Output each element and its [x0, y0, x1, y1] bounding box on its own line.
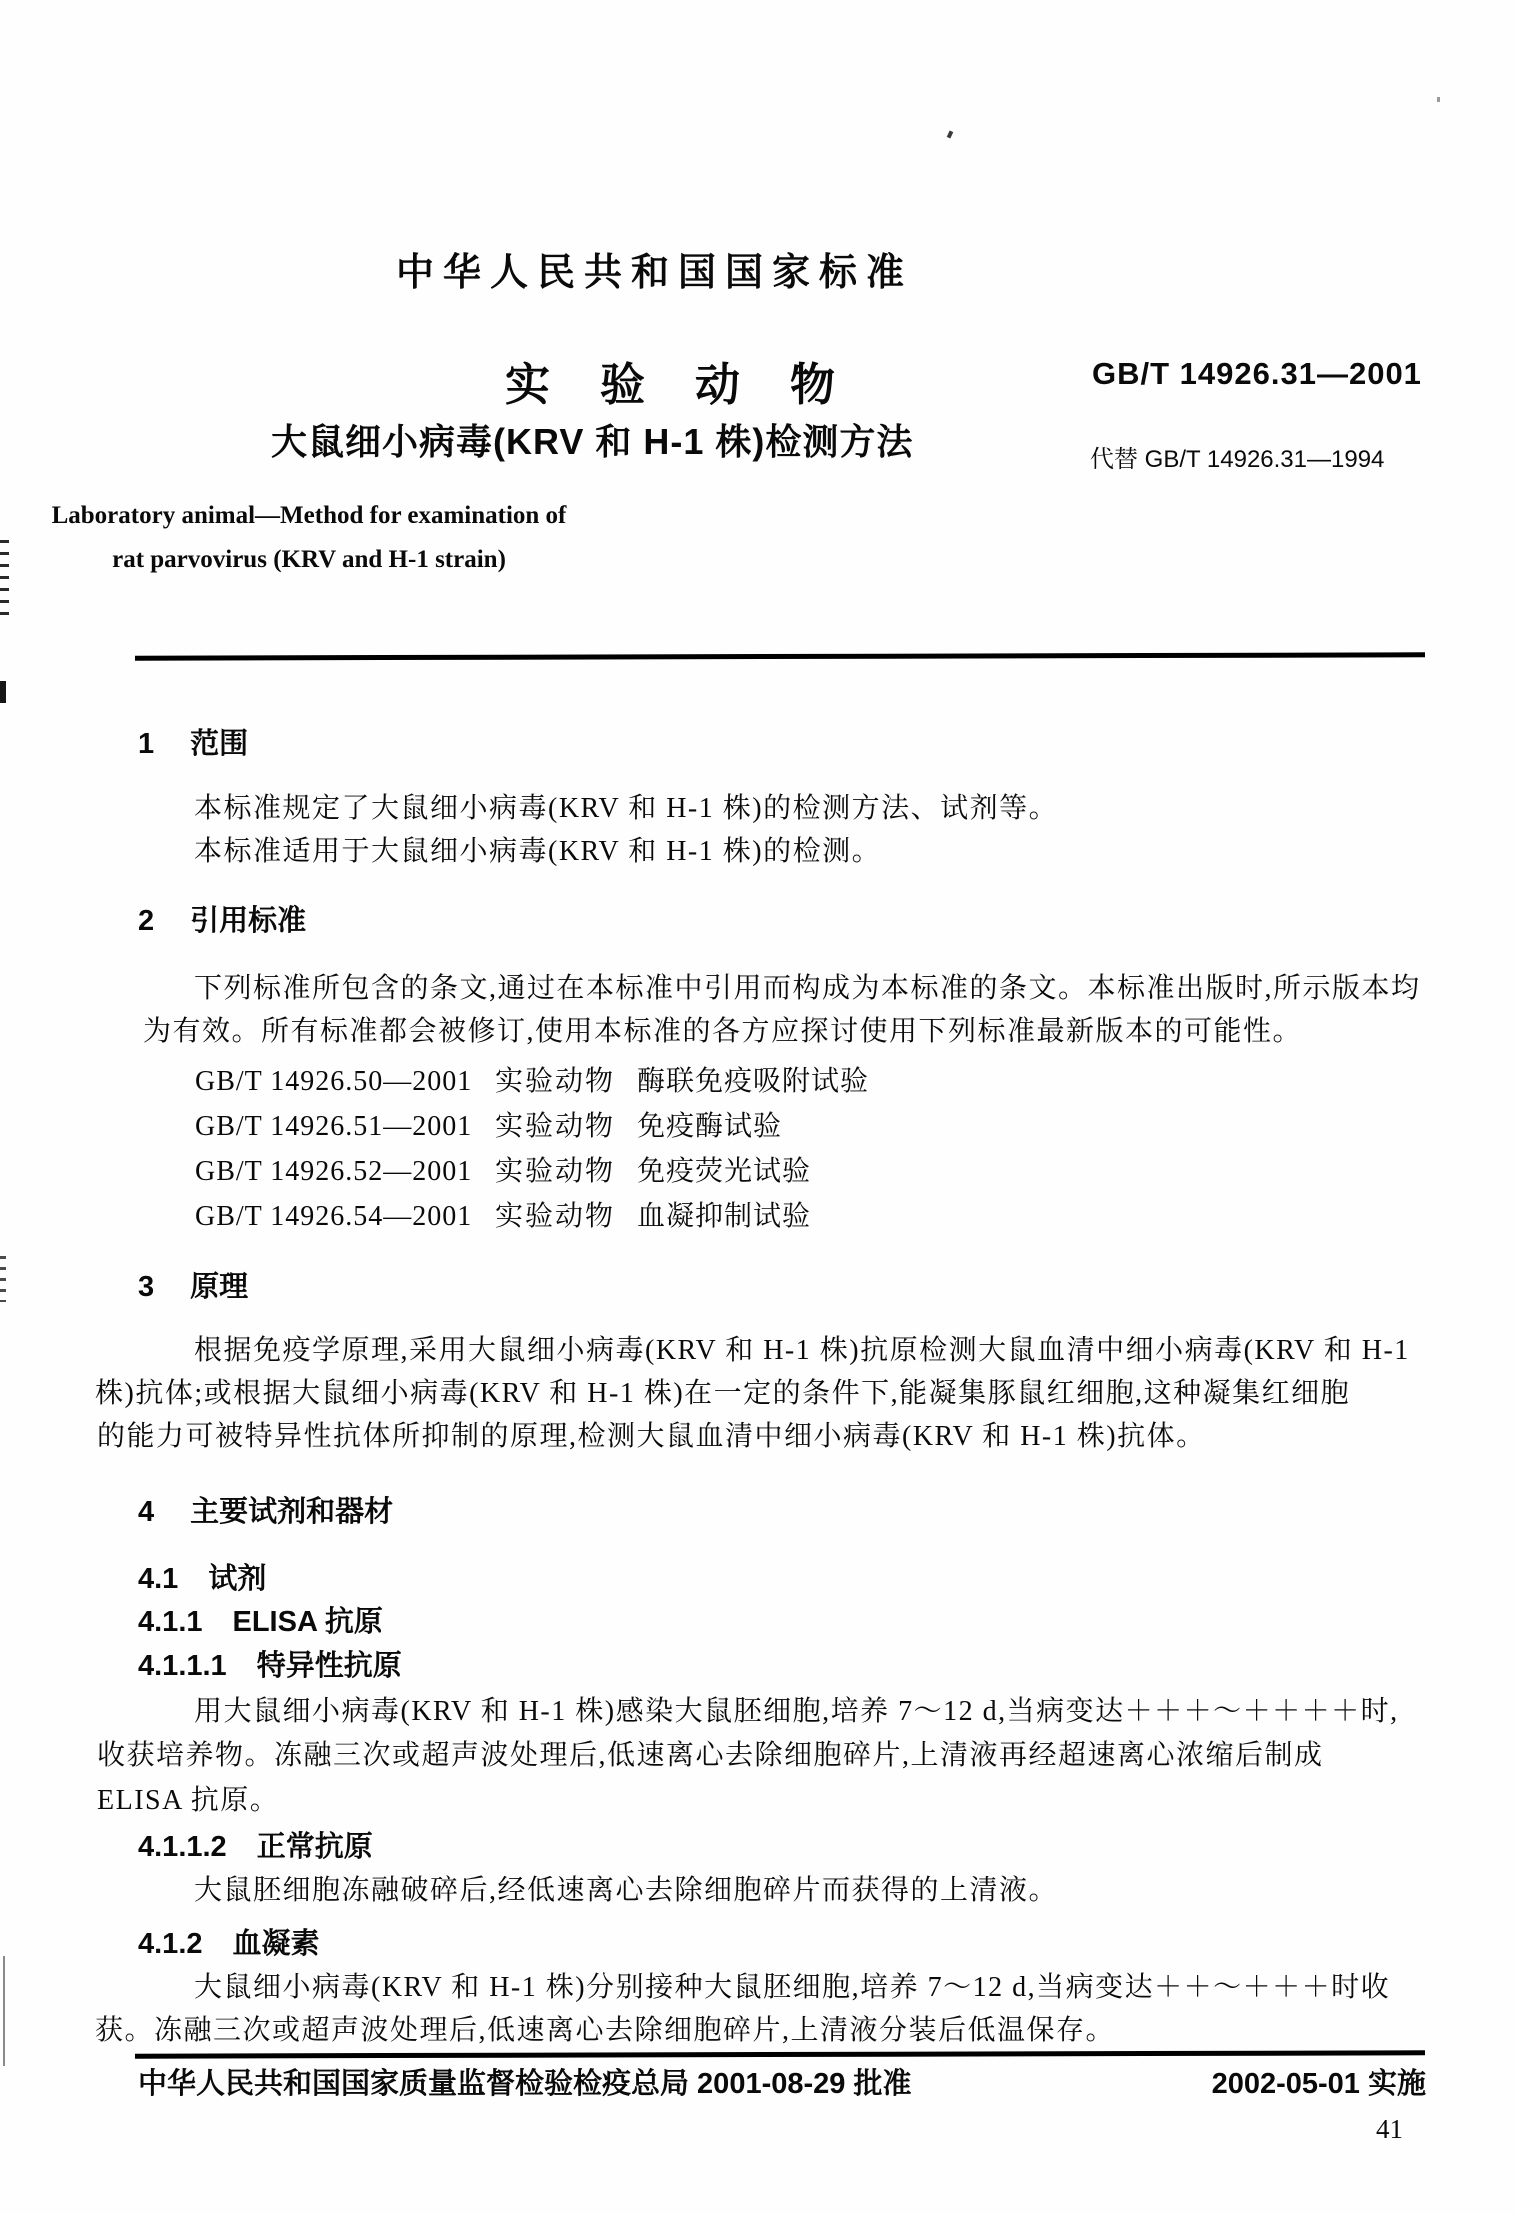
- section-title: 血凝素: [233, 1928, 320, 1960]
- scan-artifact: [1437, 97, 1440, 102]
- reference-code: GB/T 14926.52—2001: [195, 1158, 495, 1186]
- section-number: 2: [138, 907, 154, 936]
- reference-entry: GB/T 14926.50—2001实验动物酶联免疫吸附试验: [195, 1068, 869, 1096]
- section-number: 4.1.2: [138, 1930, 203, 1959]
- scan-artifact: [947, 130, 954, 138]
- reference-entry: GB/T 14926.51—2001实验动物免疫酶试验: [195, 1113, 782, 1141]
- section-title: 引用标准: [190, 905, 306, 937]
- section-4-1-1-1-heading: 4.1.1.1特异性抗原: [138, 1652, 402, 1681]
- paragraph-line: 用大鼠细小病毒(KRV 和 H-1 株)感染大鼠胚细胞,培养 7～12 d,当病…: [194, 1698, 1399, 1726]
- standard-title-en-line1: Laboratory animal—Method for examination…: [0, 503, 618, 528]
- reference-code: GB/T 14926.50—2001: [195, 1068, 495, 1096]
- approval-note: 中华人民共和国国家质量监督检验检疫总局 2001-08-29 批准: [138, 2070, 911, 2099]
- paragraph-line: 根据免疫学原理,采用大鼠细小病毒(KRV 和 H-1 株)抗原检测大鼠血清中细小…: [194, 1337, 1410, 1365]
- reference-entry: GB/T 14926.52—2001实验动物免疫荧光试验: [195, 1158, 811, 1186]
- header-rule: [135, 652, 1425, 660]
- scan-artifact: [3, 1956, 5, 2066]
- paragraph-line: 大鼠胚细胞冻融破碎后,经低速离心去除细胞碎片而获得的上清液。: [194, 1877, 1058, 1905]
- section-4-1-1-2-heading: 4.1.1.2正常抗原: [138, 1833, 373, 1862]
- reference-name: 酶联免疫吸附试验: [637, 1066, 869, 1097]
- paragraph-line: 本标准适用于大鼠细小病毒(KRV 和 H-1 株)的检测。: [194, 838, 881, 866]
- section-number: 4.1.1: [138, 1608, 203, 1637]
- reference-category: 实验动物: [495, 1113, 637, 1141]
- reference-name: 免疫酶试验: [637, 1111, 782, 1142]
- standard-title-en-line2: rat parvovirus (KRV and H-1 strain): [0, 547, 618, 572]
- implementation-note: 2002-05-01 实施: [1212, 2070, 1426, 2099]
- superseded-standard-note: 代替 GB/T 14926.31—1994: [1090, 448, 1384, 472]
- page-number: 41: [1376, 2116, 1403, 2143]
- national-standard-banner: 中华人民共和国国家标准: [396, 254, 913, 292]
- reference-code: GB/T 14926.51—2001: [195, 1113, 495, 1141]
- reference-name: 血凝抑制试验: [637, 1201, 811, 1232]
- section-title: 范围: [190, 728, 248, 760]
- reference-name: 免疫荧光试验: [637, 1156, 811, 1187]
- scan-artifact: [0, 1256, 6, 1302]
- reference-code: GB/T 14926.54—2001: [195, 1203, 495, 1231]
- section-2-heading: 2引用标准: [138, 907, 306, 936]
- scan-artifact: [0, 540, 9, 624]
- scan-artifact: [0, 681, 6, 703]
- standard-code: GB/T 14926.31—2001: [1092, 358, 1422, 389]
- standard-subtitle-cn: 大鼠细小病毒(KRV 和 H-1 株)检测方法: [271, 424, 913, 460]
- section-number: 1: [138, 730, 154, 759]
- section-number: 4.1.1.1: [138, 1652, 227, 1681]
- reference-category: 实验动物: [495, 1158, 637, 1186]
- paragraph-line: 大鼠细小病毒(KRV 和 H-1 株)分别接种大鼠胚细胞,培养 7～12 d,当…: [194, 1974, 1390, 2002]
- section-number: 4: [138, 1498, 154, 1527]
- paragraph-line: ELISA 抗原。: [97, 1787, 279, 1815]
- section-4-1-2-heading: 4.1.2血凝素: [138, 1930, 320, 1959]
- paragraph-line: 的能力可被特异性抗体所抑制的原理,检测大鼠血清中细小病毒(KRV 和 H-1 株…: [97, 1423, 1206, 1451]
- section-number: 4.1: [138, 1565, 178, 1594]
- section-title: 试剂: [208, 1563, 266, 1595]
- section-title: 原理: [190, 1271, 248, 1303]
- paragraph-line: 株)抗体;或根据大鼠细小病毒(KRV 和 H-1 株)在一定的条件下,能凝集豚鼠…: [95, 1380, 1350, 1408]
- paragraph-line: 下列标准所包含的条文,通过在本标准中引用而构成为本标准的条文。本标准出版时,所示…: [194, 975, 1421, 1003]
- section-title: ELISA 抗原: [233, 1606, 383, 1638]
- section-title: 主要试剂和器材: [190, 1496, 393, 1528]
- section-title: 正常抗原: [257, 1831, 373, 1863]
- reference-category: 实验动物: [495, 1203, 637, 1231]
- section-4-1-1-heading: 4.1.1ELISA 抗原: [138, 1608, 383, 1637]
- section-1-heading: 1范围: [138, 730, 248, 759]
- reference-entry: GB/T 14926.54—2001实验动物血凝抑制试验: [195, 1203, 811, 1231]
- scan-page: 中华人民共和国国家标准 实验动物 GB/T 14926.31—2001 大鼠细小…: [0, 0, 1516, 2214]
- section-4-1-heading: 4.1试剂: [138, 1565, 266, 1594]
- section-title: 特异性抗原: [257, 1650, 402, 1682]
- paragraph-line: 本标准规定了大鼠细小病毒(KRV 和 H-1 株)的检测方法、试剂等。: [194, 795, 1058, 823]
- paragraph-line: 收获培养物。冻融三次或超声波处理后,低速离心去除细胞碎片,上清液再经超速离心浓缩…: [97, 1742, 1324, 1770]
- section-number: 4.1.1.2: [138, 1833, 227, 1862]
- reference-category: 实验动物: [495, 1068, 637, 1096]
- section-number: 3: [138, 1273, 154, 1302]
- paragraph-line: 获。冻融三次或超声波处理后,低速离心去除细胞碎片,上清液分装后低温保存。: [95, 2017, 1115, 2045]
- section-3-heading: 3原理: [138, 1273, 248, 1302]
- paragraph-line: 为有效。所有标准都会被修订,使用本标准的各方应探讨使用下列标准最新版本的可能性。: [143, 1018, 1302, 1046]
- section-4-heading: 4主要试剂和器材: [138, 1498, 393, 1527]
- standard-title-cn: 实验动物: [505, 362, 885, 407]
- footer-rule: [135, 2050, 1425, 2058]
